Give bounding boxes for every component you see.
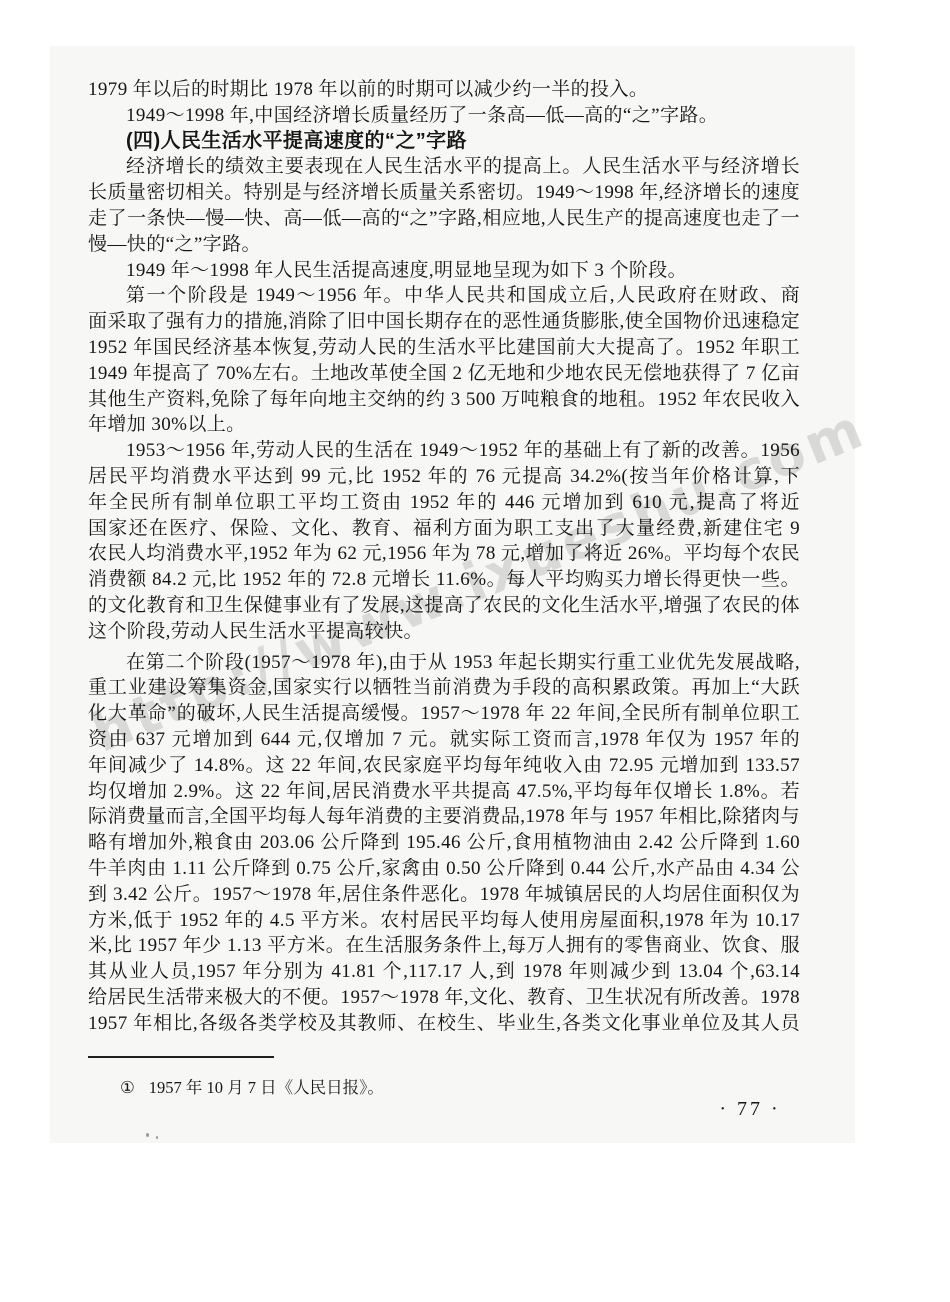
- scan-speck: [146, 1133, 149, 1137]
- body-text-line: 资由 637 元增加到 644 元,仅增加 7 元。就实际工资而言,1978 年…: [88, 727, 800, 753]
- section-heading: (四)人民生活水平提高速度的“之”字路: [88, 129, 800, 155]
- body-text-line: 年增加 30%以上。: [88, 412, 800, 438]
- body-text-line: 化大革命”的破坏,人民生活提高缓慢。1957～1978 年 22 年间,全民所有…: [88, 701, 800, 727]
- body-text-line: 经济增长的绩效主要表现在人民生活水平的提高上。人民生活水平与经济增长速度和增: [88, 154, 800, 180]
- body-text-line: 略有增加外,粮食由 203.06 公斤降到 195.46 公斤,食用植物油由 2…: [88, 830, 800, 856]
- body-text-line: 际消费量而言,全国平均每人每年消费的主要消费品,1978 年与 1957 年相比…: [88, 804, 800, 830]
- body-text-block: 1979 年以后的时期比 1978 年以前的时期可以减少约一半的投入。 1949…: [88, 77, 800, 1036]
- body-text-line: 国家还在医疗、保险、文化、教育、福利方面为职工支出了大量经费,新建住宅 9 43…: [88, 516, 800, 542]
- body-text-line: 米,比 1957 年少 1.13 平方米。在生活服务条件上,每万人拥有的零售商业…: [88, 933, 800, 959]
- body-text-line: 这个阶段,劳动人民生活水平提高较快。: [88, 619, 800, 645]
- body-text-line: 均仅增加 2.9%。这 22 年间,居民消费水平共提高 47.5%,平均每年仅增…: [88, 779, 800, 805]
- body-text-line: 年间减少了 14.8%。这 22 年间,农民家庭平均每年纯收入由 72.95 元…: [88, 753, 800, 779]
- body-text-line: 第一个阶段是 1949～1956 年。中华人民共和国成立后,人民政府在财政、商业…: [88, 283, 800, 309]
- footnote-marker: ①: [120, 1078, 135, 1097]
- body-text-line: 1949 年提高了 70%左右。土地改革使全国 2 亿无地和少地农民无偿地获得了…: [88, 361, 800, 387]
- body-text-line: 牛羊肉由 1.11 公斤降到 0.75 公斤,家禽由 0.50 公斤降到 0.4…: [88, 856, 800, 882]
- body-text-line: 1957 年相比,各级各类学校及其教师、在校生、毕业生,各类文化事业单位及其人员…: [88, 1011, 800, 1037]
- body-text-line: 重工业建设筹集资金,国家实行以牺牲当前消费为手段的高积累政策。再加上“大跃进”和…: [88, 675, 800, 701]
- body-text-line: 其他生产资料,免除了每年向地主交纳的约 3 500 万吨粮食的地租。1952 年…: [88, 387, 800, 413]
- body-text-line: 其从业人员,1957 年分别为 41.81 个,117.17 人,到 1978 …: [88, 959, 800, 985]
- scan-speck: [156, 1136, 158, 1139]
- body-text-line: 走了一条快—慢—快、高—低—高的“之”字路,相应地,人民生产的提高速度也走了一条…: [88, 206, 800, 232]
- body-text-line: 居民平均消费水平达到 99 元,比 1952 年的 76 元提高 34.2%(按…: [88, 464, 800, 490]
- body-text-line: 在第二个阶段(1957～1978 年),由于从 1953 年起长期实行重工业优先…: [88, 650, 800, 676]
- body-text-line: 方米,低于 1952 年的 4.5 平方米。农村居民平均每人使用房屋面积,197…: [88, 908, 800, 934]
- body-text-line: 消费额 84.2 元,比 1952 年的 72.8 元增长 11.6%。每人平均…: [88, 567, 800, 593]
- footnote: ①1957 年 10 月 7 日《人民日报》。: [120, 1074, 384, 1098]
- body-text-line: 的文化教育和卫生保健事业有了发展,这提高了农民的文化生活水平,增强了农民的体质。…: [88, 593, 800, 619]
- body-text-line: 1952 年国民经济基本恢复,劳动人民的生活水平比建国前大大提高了。1952 年…: [88, 335, 800, 361]
- body-text-line: 1953～1956 年,劳动人民的生活在 1949～1952 年的基础上有了新的…: [88, 438, 800, 464]
- page-number: · 77 ·: [695, 1098, 805, 1121]
- body-text-line: 到 3.42 公斤。1957～1978 年,居住条件恶化。1978 年城镇居民的…: [88, 882, 800, 908]
- body-text-line: 1949 年～1998 年人民生活提高速度,明显地呈现为如下 3 个阶段。: [88, 258, 800, 284]
- footnote-text: 1957 年 10 月 7 日《人民日报》。: [149, 1078, 384, 1097]
- body-text-line: 农民人均消费水平,1952 年为 62 元,1956 年为 78 元,增加了将近…: [88, 541, 800, 567]
- body-text-line: 1979 年以后的时期比 1978 年以前的时期可以减少约一半的投入。: [88, 77, 800, 103]
- body-text-line: 长质量密切相关。特别是与经济增长质量关系密切。1949～1998 年,经济增长的…: [88, 180, 800, 206]
- body-text-line: 年全民所有制单位职工平均工资由 1952 年的 446 元增加到 610 元,提…: [88, 490, 800, 516]
- body-text-line: 1949～1998 年,中国经济增长质量经历了一条高—低—高的“之”字路。: [88, 103, 800, 129]
- body-text-line: 面采取了强有力的措施,消除了旧中国长期存在的恶性通货膨胀,使全国物价迅速稳定下来…: [88, 309, 800, 335]
- body-text-line: 慢—快的“之”字路。: [88, 232, 800, 258]
- scanned-document: { "doc": { "paper_color": "#f7f7f5", "te…: [0, 0, 950, 1302]
- footnote-divider: [88, 1056, 274, 1058]
- body-text-line: 给居民生活带来极大的不便。1957～1978 年,文化、教育、卫生状况有所改善。…: [88, 985, 800, 1011]
